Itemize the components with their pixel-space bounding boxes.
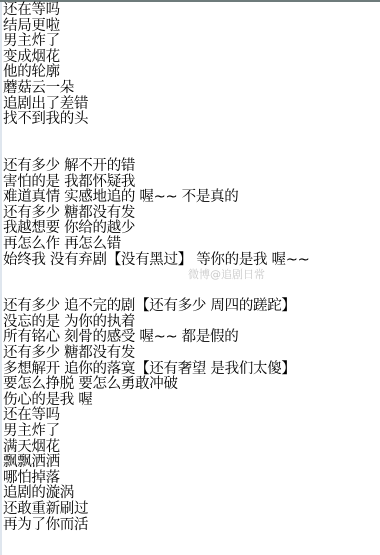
lyric-line: 害怕的是 我都怀疑我 [3, 175, 309, 191]
lyric-line: 还敢重新刷过 [3, 502, 309, 518]
stanza-3: 还有多少 追不完的剧【还有多少 周四的蹉跎】 没忘的是 为你的执着 所有铭心 刻… [3, 299, 309, 533]
lyric-line: 结局更啦 [3, 19, 309, 35]
stanza-1: 还在等吗 结局更啦 男主炸了 变成烟花 他的轮廓 蘑菇云一朵 追剧出了差错 找不… [3, 3, 309, 128]
lyric-line: 蘑菇云一朵 [3, 81, 309, 97]
lyric-line: 要怎么挣脱 要怎么勇敢冲破 [3, 377, 309, 393]
blank-line [3, 128, 309, 144]
lyric-line: 还有多少 追不完的剧【还有多少 周四的蹉跎】 [3, 299, 309, 315]
lyric-line: 追剧出了差错 [3, 97, 309, 113]
lyric-line: 所有铭心 刻骨的感受 喔~~ 都是假的 [3, 330, 309, 346]
lyric-line: 还在等吗 [3, 408, 309, 424]
lyric-line: 我越想要 你给的越少 [3, 221, 309, 237]
blank-line [3, 284, 309, 300]
lyric-line: 追剧的漩涡 [3, 486, 309, 502]
lyric-line: 再为了你而活 [3, 518, 309, 534]
lyric-line: 男主炸了 [3, 424, 309, 440]
lyric-line: 还有多少 糖都没有发 [3, 206, 309, 222]
lyric-line: 多想解开 追你的落寞【还有奢望 是我们太傻】 [3, 362, 309, 378]
window-left-border [0, 2, 2, 555]
lyric-line: 还有多少 糖都没有发 [3, 346, 309, 362]
lyric-line: 男主炸了 [3, 34, 309, 50]
lyric-line: 还在等吗 [3, 3, 309, 19]
lyric-line: 难道真情 实感地追的 喔~~ 不是真的 [3, 190, 309, 206]
blank-line [3, 143, 309, 159]
lyric-line: 还有多少 解不开的错 [3, 159, 309, 175]
lyric-line: 他的轮廓 [3, 65, 309, 81]
watermark: 微博@追剧日常 [188, 266, 265, 282]
lyric-line: 再怎么作 再怎么错 [3, 237, 309, 253]
stanza-2: 还有多少 解不开的错 害怕的是 我都怀疑我 难道真情 实感地追的 喔~~ 不是真… [3, 159, 309, 268]
lyric-line: 满天烟花 [3, 440, 309, 456]
lyric-line: 飘飘洒洒 [3, 455, 309, 471]
lyric-line: 找不到我的头 [3, 112, 309, 128]
